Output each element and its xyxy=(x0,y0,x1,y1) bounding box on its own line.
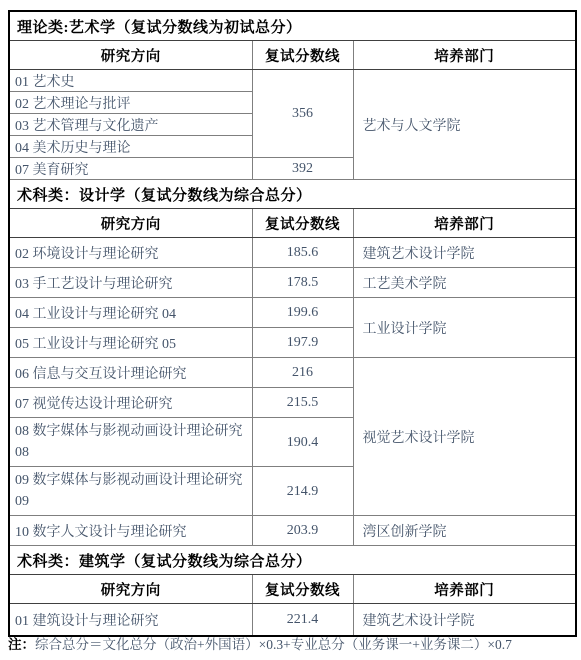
document-page: 理论类:艺术学（复试分数线为初试总分） 研究方向 复试分数线 培养部门 01 艺… xyxy=(0,0,581,660)
direction-cell: 05 工业设计与理论研究 05 xyxy=(9,328,252,358)
column-header-department: 培养部门 xyxy=(353,41,576,70)
table-row: 01 艺术史 356 艺术与人文学院 xyxy=(9,70,576,92)
direction-cell: 01 建筑设计与理论研究 xyxy=(9,604,252,637)
section-title: 理论类:艺术学（复试分数线为初试总分） xyxy=(9,11,576,41)
direction-cell: 04 美术历史与理论 xyxy=(9,136,252,158)
column-header-direction: 研究方向 xyxy=(9,41,252,70)
score-cell: 178.5 xyxy=(252,268,353,298)
department-cell: 湾区创新学院 xyxy=(353,516,576,546)
column-header-department: 培养部门 xyxy=(353,209,576,238)
direction-cell: 04 工业设计与理论研究 04 xyxy=(9,298,252,328)
table-row: 04 工业设计与理论研究 04 199.6 工业设计学院 xyxy=(9,298,576,328)
department-cell: 艺术与人文学院 xyxy=(353,70,576,180)
table-row: 01 建筑设计与理论研究 221.4 建筑艺术设计学院 xyxy=(9,604,576,637)
table-row: 03 手工艺设计与理论研究 178.5 工艺美术学院 xyxy=(9,268,576,298)
footnote: 注：综合总分＝文化总分（政治+外国语）×0.3+专业总分（业务课一+业务课二）×… xyxy=(8,633,578,653)
direction-cell: 08 数字媒体与影视动画设计理论研究 08 xyxy=(9,418,252,467)
direction-cell: 03 手工艺设计与理论研究 xyxy=(9,268,252,298)
table-row: 06 信息与交互设计理论研究 216 视觉艺术设计学院 xyxy=(9,358,576,388)
score-cell: 215.5 xyxy=(252,388,353,418)
column-header-score: 复试分数线 xyxy=(252,209,353,238)
direction-cell: 01 艺术史 xyxy=(9,70,252,92)
score-cell: 214.9 xyxy=(252,467,353,516)
direction-cell: 10 数字人文设计与理论研究 xyxy=(9,516,252,546)
score-cell: 203.9 xyxy=(252,516,353,546)
direction-cell: 02 环境设计与理论研究 xyxy=(9,238,252,268)
score-cell: 190.4 xyxy=(252,418,353,467)
direction-cell: 02 艺术理论与批评 xyxy=(9,92,252,114)
table-row: 10 数字人文设计与理论研究 203.9 湾区创新学院 xyxy=(9,516,576,546)
footnote-label: 注： xyxy=(8,637,35,652)
column-header-direction: 研究方向 xyxy=(9,209,252,238)
column-header-row: 研究方向 复试分数线 培养部门 xyxy=(9,41,576,70)
score-cell: 197.9 xyxy=(252,328,353,358)
score-line-table: 理论类:艺术学（复试分数线为初试总分） 研究方向 复试分数线 培养部门 01 艺… xyxy=(8,10,577,637)
section-row: 理论类:艺术学（复试分数线为初试总分） xyxy=(9,11,576,41)
score-cell: 216 xyxy=(252,358,353,388)
department-cell: 视觉艺术设计学院 xyxy=(353,358,576,516)
direction-cell: 07 视觉传达设计理论研究 xyxy=(9,388,252,418)
direction-cell: 06 信息与交互设计理论研究 xyxy=(9,358,252,388)
score-cell: 185.6 xyxy=(252,238,353,268)
score-cell: 356 xyxy=(252,70,353,158)
direction-cell: 07 美育研究 xyxy=(9,158,252,180)
table-row: 02 环境设计与理论研究 185.6 建筑艺术设计学院 xyxy=(9,238,576,268)
score-cell: 221.4 xyxy=(252,604,353,637)
footnote-text: 综合总分＝文化总分（政治+外国语）×0.3+专业总分（业务课一+业务课二）×0.… xyxy=(35,637,512,652)
column-header-department: 培养部门 xyxy=(353,575,576,604)
section-row: 术科类：设计学（复试分数线为综合总分） xyxy=(9,180,576,209)
department-cell: 建筑艺术设计学院 xyxy=(353,604,576,637)
department-cell: 工业设计学院 xyxy=(353,298,576,358)
score-cell: 199.6 xyxy=(252,298,353,328)
score-cell: 392 xyxy=(252,158,353,180)
section-row: 术科类：建筑学（复试分数线为综合总分） xyxy=(9,546,576,575)
direction-cell: 09 数字媒体与影视动画设计理论研究 09 xyxy=(9,467,252,516)
column-header-row: 研究方向 复试分数线 培养部门 xyxy=(9,575,576,604)
department-cell: 工艺美术学院 xyxy=(353,268,576,298)
section-title: 术科类：建筑学（复试分数线为综合总分） xyxy=(9,546,576,575)
column-header-score: 复试分数线 xyxy=(252,575,353,604)
column-header-score: 复试分数线 xyxy=(252,41,353,70)
direction-cell: 03 艺术管理与文化遗产 xyxy=(9,114,252,136)
column-header-row: 研究方向 复试分数线 培养部门 xyxy=(9,209,576,238)
section-title: 术科类：设计学（复试分数线为综合总分） xyxy=(9,180,576,209)
department-cell: 建筑艺术设计学院 xyxy=(353,238,576,268)
column-header-direction: 研究方向 xyxy=(9,575,252,604)
